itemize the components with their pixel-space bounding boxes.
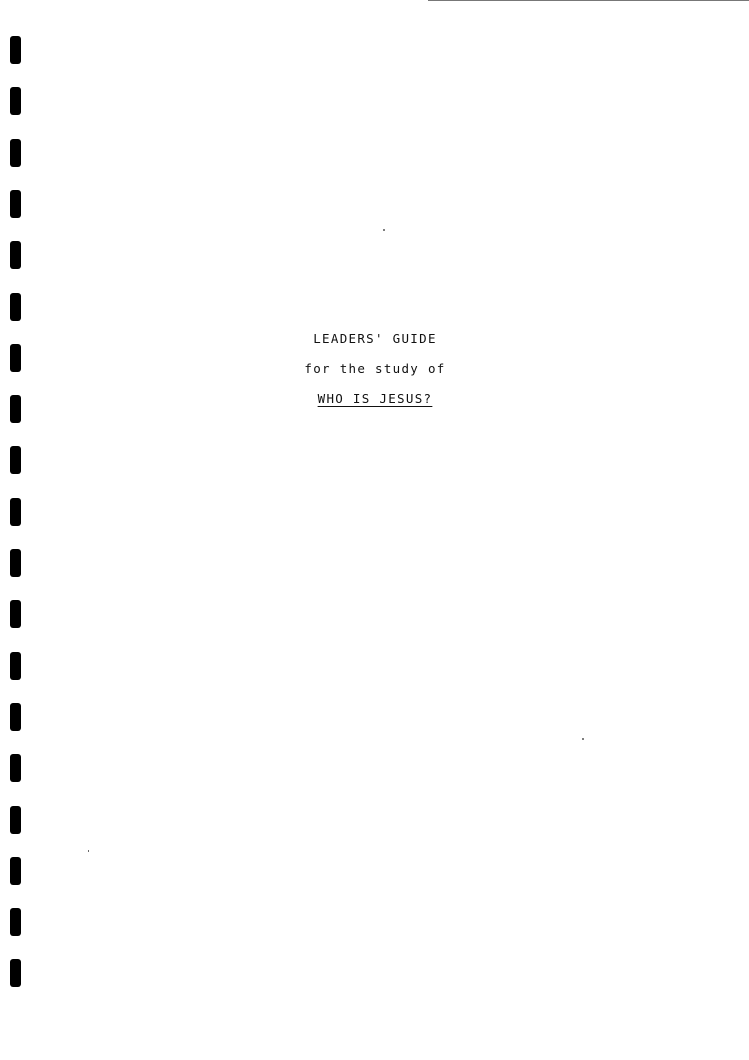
binding-hole [10, 908, 21, 936]
binding-hole [10, 857, 21, 885]
binding-hole [10, 293, 21, 321]
binding-hole [10, 703, 21, 731]
binding-hole [10, 959, 21, 987]
binding-hole [10, 652, 21, 680]
binding-hole [10, 36, 21, 64]
binding-hole [10, 498, 21, 526]
binding-hole [10, 754, 21, 782]
scan-speck [582, 738, 584, 740]
study-title: WHO IS JESUS? [300, 391, 450, 406]
binding-hole [10, 241, 21, 269]
binding-hole [10, 446, 21, 474]
scan-speck [383, 229, 385, 231]
binding-hole [10, 549, 21, 577]
binding-hole [10, 344, 21, 372]
binding-hole [10, 190, 21, 218]
page-top-edge [428, 0, 749, 1]
study-title-text: WHO IS JESUS? [318, 391, 433, 406]
title-line: LEADERS' GUIDE [300, 331, 450, 346]
subtitle-line: for the study of [300, 361, 450, 376]
binding-hole [10, 139, 21, 167]
binding-hole [10, 87, 21, 115]
binding-hole [10, 395, 21, 423]
scan-speck [88, 850, 89, 852]
binding-hole [10, 806, 21, 834]
binding-hole [10, 600, 21, 628]
